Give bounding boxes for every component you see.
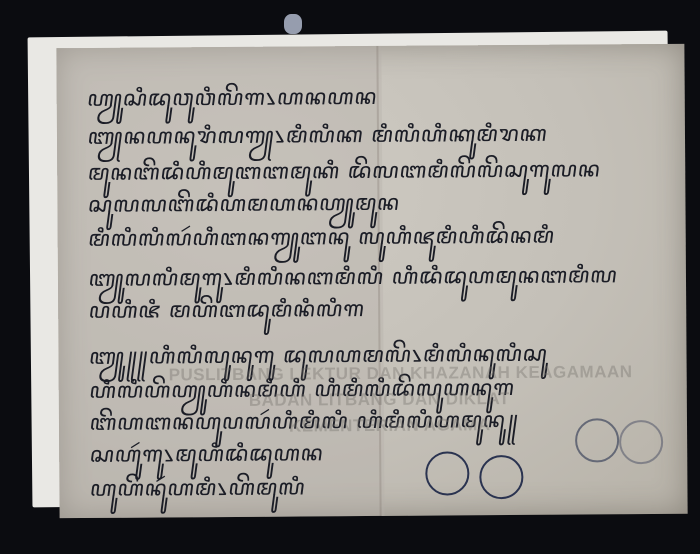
- background-speck: [284, 14, 302, 34]
- manuscript-line: ꦲꦸꦲꦼꦤꦸꦂꦲꦩꦶ꧈ꦲꦼꦩꦸꦭꦶ: [86, 470, 307, 517]
- ink-seal: [425, 451, 469, 495]
- watermark-line-3: KEMENTERIAN AGAMA: [289, 415, 491, 436]
- manuscript-page: ꦲꦾꦸꦱꦶꦢꦸꦮꦸꦮꦶꦭꦼꦒ꧈ꦲꦤꦲꦤ ꦧꦾꦤꦲꦤꦸꦫꦶꦭꦒꦾ꧈ꦩꦶꦭꦶꦏ ꦩꦶ…: [56, 44, 687, 518]
- manuscript-line: ꦥꦲꦶꦗꦶ ꦩꦲꦼꦧꦢꦸꦩꦶꦤꦶꦭꦶꦒ: [85, 292, 367, 339]
- ink-seal: [575, 418, 619, 462]
- watermark-line-1: PUSLITBANG LEKTUR DAN KHAZANAH KEAGAMAAN: [169, 362, 633, 385]
- watermark-line-2: BADAN LITBANG DAN DIKLAT: [249, 389, 510, 411]
- ink-seal: [619, 420, 663, 464]
- ink-seal: [479, 455, 523, 499]
